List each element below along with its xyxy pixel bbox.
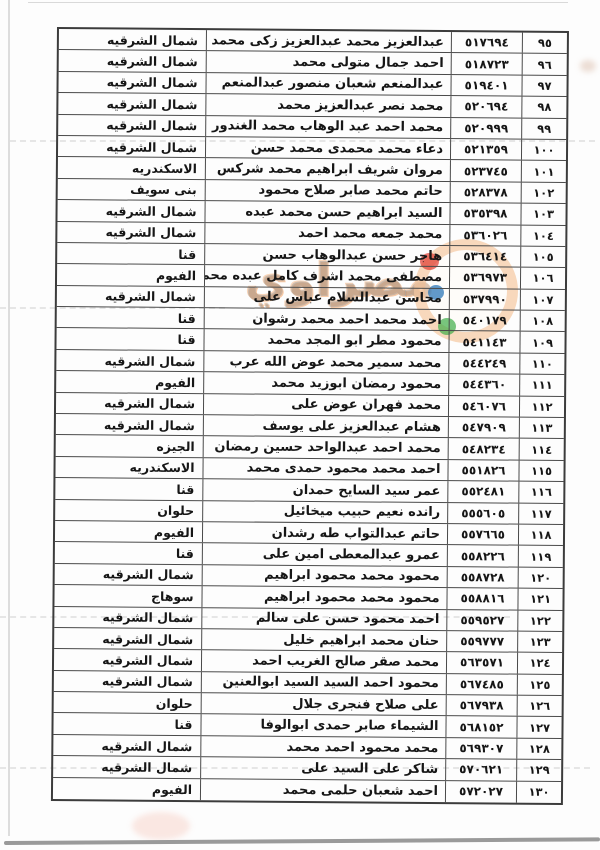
row-serial-number: ١١٠ <box>519 353 564 374</box>
row-full-name: عمرو عبدالمعطى امين على <box>202 543 447 565</box>
page-fold-line <box>8 0 10 836</box>
row-full-name: عبدالمنعم شعبان منصور عبدالمنعم <box>205 73 450 95</box>
row-governorate: شمال الشرقيه <box>59 29 206 51</box>
row-governorate: قنا <box>56 328 203 350</box>
row-full-name: احمد محمد محمود حمدى محمد <box>202 458 447 480</box>
row-serial-number: ١٢٨ <box>516 738 561 759</box>
row-full-name: احمد شعبان حلمى محمد <box>200 779 445 802</box>
row-full-name: هاجر حسن عبدالوهاب حسن <box>204 244 449 266</box>
row-serial-number: ١١٧ <box>518 503 563 524</box>
row-serial-number: ١٠٨ <box>520 311 565 332</box>
row-id-number: ٥١٩٤٠١ <box>450 75 521 96</box>
row-governorate: شمال الشرقيه <box>58 136 205 158</box>
row-id-number: ٥٦٧٤٨٥ <box>446 674 517 695</box>
row-full-name: محمد احمد عبد الوهاب محمد الغندور <box>205 116 450 138</box>
row-full-name: محمد فهران عوض على <box>203 394 448 416</box>
row-full-name: محاسن عبدالسلام عباس على <box>204 287 449 309</box>
row-serial-number: ١١١ <box>519 375 564 396</box>
row-serial-number: ٩٨ <box>521 97 566 118</box>
row-full-name: مروان شريف ابراهيم محمد شركس <box>205 158 450 180</box>
row-id-number: ٥٣٥٣٩٨ <box>449 203 520 224</box>
row-id-number: ٥٤٧٩٠٩ <box>448 417 519 438</box>
row-id-number: ٥٦٧٩٣٨ <box>446 695 517 716</box>
row-full-name: محمد جمعه محمد احمد <box>204 223 449 245</box>
row-governorate: حلوان <box>55 500 202 522</box>
row-governorate: شمال الشرقيه <box>53 756 200 778</box>
row-governorate: شمال الشرقيه <box>54 606 201 628</box>
row-id-number: ٥٣٧٩٩٠ <box>449 289 520 310</box>
row-id-number: ٥٥١٨٢٦ <box>447 460 518 481</box>
row-governorate: شمال الشرقيه <box>57 222 204 244</box>
row-id-number: ٥٧٢٠٢٧ <box>445 781 516 803</box>
row-governorate: الفيوم <box>56 371 203 393</box>
row-serial-number: ١١٥ <box>518 460 563 481</box>
row-governorate: شمال الشرقيه <box>58 93 205 115</box>
row-serial-number: ١٣٠ <box>516 781 561 803</box>
row-serial-number: ١٠٢ <box>521 182 566 203</box>
row-id-number: ٥٤٠١٧٩ <box>449 310 520 331</box>
row-serial-number: ١١٦ <box>518 482 563 503</box>
row-id-number: ٥٧٠٦٢١ <box>445 759 516 780</box>
row-id-number: ٥٥٨٨١٦ <box>446 588 517 609</box>
scan-top-edge-line <box>28 2 568 3</box>
scan-smudge <box>132 812 190 840</box>
row-full-name: محمد نصر عبدالعزيز محمد <box>205 94 450 116</box>
row-id-number: ٥٢٨٣٧٨ <box>450 182 521 203</box>
row-full-name: دعاء محمد محمدى محمد حسن <box>205 137 450 159</box>
row-governorate: قنا <box>53 713 200 735</box>
row-full-name: حنان محمد ابراهيم خليل <box>201 629 446 651</box>
row-serial-number: ١٠٠ <box>521 140 566 161</box>
row-full-name: رانده نعيم حبيب ميخائيل <box>202 501 447 523</box>
row-serial-number: ٩٩ <box>521 118 566 139</box>
row-serial-number: ١١٤ <box>519 439 564 460</box>
row-governorate: شمال الشرقيه <box>56 393 203 415</box>
row-governorate: شمال الشرقيه <box>57 200 204 222</box>
row-full-name: حاتم عبدالتواب طه رشدان <box>202 522 447 544</box>
row-serial-number: ١٢٧ <box>516 717 561 738</box>
row-full-name: محمود مطر ابو المجد محمد <box>203 330 448 352</box>
row-serial-number: ١٠٥ <box>520 247 565 268</box>
row-id-number: ٥٤٨٢٣٤ <box>448 438 519 459</box>
row-id-number: ٥٤٦٠٧٦ <box>448 396 519 417</box>
row-governorate: شمال الشرقيه <box>58 72 205 94</box>
row-full-name: احمد محمد احمد محمد رشوان <box>204 308 449 330</box>
row-governorate: قنا <box>55 478 202 500</box>
row-serial-number: ١١٣ <box>519 418 564 439</box>
page-bottom-edge-shadow <box>4 837 600 845</box>
row-governorate: الفيوم <box>57 264 204 286</box>
row-id-number: ٥١٧٦٩٤ <box>451 32 522 53</box>
row-governorate: شمال الشرقيه <box>54 671 201 693</box>
row-id-number: ٥٣٦٤١٤ <box>449 246 520 267</box>
row-governorate: شمال الشرقيه <box>53 735 200 757</box>
row-id-number: ٥٥٥٦٠٥ <box>447 503 518 524</box>
row-serial-number: ١٠٩ <box>519 332 564 353</box>
row-serial-number: ١١٨ <box>518 525 563 546</box>
row-serial-number: ١٢١ <box>517 589 562 610</box>
row-full-name: محمود محمد محمود ابراهيم <box>201 586 446 608</box>
row-full-name: محمد احمد عبدالواحد حسين رمضان <box>203 437 448 459</box>
row-full-name: شاكر على السيد على <box>200 757 445 779</box>
row-full-name: محمود رمضان ابوزيد محمد <box>203 372 448 394</box>
row-serial-number: ١٢٤ <box>517 653 562 674</box>
scanned-document-page: مصراوي ٩٥ ٥١٧٦٩٤ عبدالعزيز محمد عبدالعزي… <box>0 0 600 850</box>
row-full-name: السيد ابراهيم حسن محمد عبده <box>204 201 449 223</box>
row-governorate: الفيوم <box>55 521 202 543</box>
row-id-number: ٥٢١٣٥٩ <box>450 139 521 160</box>
row-governorate: حلوان <box>54 692 201 714</box>
row-full-name: محمود احمد السيد السيد ابوالعنين <box>201 672 446 694</box>
row-full-name: الشيماء صابر حمدى ابوالوفا <box>200 715 445 737</box>
row-id-number: ٥٢٣٧٤٥ <box>450 160 521 181</box>
row-serial-number: ١٢٩ <box>516 760 561 781</box>
row-governorate: سوهاج <box>54 585 201 607</box>
table-row: ١٣٠ ٥٧٢٠٢٧ احمد شعبان حلمى محمد الفيوم <box>53 778 561 803</box>
row-serial-number: ١٢٣ <box>517 632 562 653</box>
row-id-number: ٥٥٢٤٨١ <box>447 481 518 502</box>
row-serial-number: ١٠٦ <box>520 268 565 289</box>
row-governorate: الاسكندريه <box>58 157 205 179</box>
row-governorate: شمال الشرقيه <box>56 414 203 436</box>
row-id-number: ٥٤٤٣٦٠ <box>448 374 519 395</box>
row-full-name: احمد جمال متولى محمد <box>206 52 451 74</box>
row-id-number: ٥٤١١٤٣ <box>448 332 519 353</box>
row-id-number: ٥٥٩٥٢٧ <box>446 610 517 631</box>
row-full-name: على صلاح فنجرى جلال <box>201 693 446 715</box>
row-governorate: بنى سويف <box>58 179 205 201</box>
row-serial-number: ٩٦ <box>522 54 567 75</box>
row-full-name: محمد صقر صالح الغريب احمد <box>201 650 446 672</box>
row-id-number: ٥٥٨٢٢٦ <box>447 545 518 566</box>
row-full-name: محمد محمود احمد محمد <box>200 736 445 758</box>
row-id-number: ٥٤٤٢٤٩ <box>448 353 519 374</box>
row-id-number: ٥٢٠٦٩٤ <box>450 96 521 117</box>
row-serial-number: ٩٧ <box>521 75 566 96</box>
row-governorate: شمال الشرقيه <box>59 50 206 72</box>
row-serial-number: ١٢٦ <box>517 696 562 717</box>
row-governorate: الاسكندريه <box>55 457 202 479</box>
row-full-name: هشام عبدالعزيز على يوسف <box>203 415 448 437</box>
row-governorate: شمال الشرقيه <box>54 628 201 650</box>
row-serial-number: ١٢٢ <box>517 610 562 631</box>
row-governorate: الجيزه <box>56 435 203 457</box>
row-governorate: الفيوم <box>53 778 200 801</box>
row-full-name: محمود محمد محمود ابراهيم <box>202 565 447 587</box>
row-serial-number: ١١٢ <box>519 396 564 417</box>
row-governorate: شمال الشرقيه <box>55 564 202 586</box>
row-id-number: ٥٥٧٦٦٥ <box>447 524 518 545</box>
row-full-name: مصطفى محمد اشرف كامل عبده محمد <box>204 265 449 287</box>
row-full-name: محمد سمير محمد عوض الله عرب <box>203 351 448 373</box>
row-governorate: قنا <box>55 542 202 564</box>
row-serial-number: ١٠٧ <box>520 289 565 310</box>
row-serial-number: ١٢٠ <box>518 567 563 588</box>
candidates-results-table: ٩٥ ٥١٧٦٩٤ عبدالعزيز محمد عبدالعزيز زكى م… <box>51 27 569 805</box>
row-governorate: شمال الشرقيه <box>58 115 205 137</box>
row-governorate: شمال الشرقيه <box>57 286 204 308</box>
row-id-number: ٥١٨٧٢٣ <box>451 53 522 74</box>
row-serial-number: ٩٥ <box>522 33 567 54</box>
row-full-name: عمر سيد السايح حمدان <box>202 479 447 501</box>
row-full-name: حاتم محمد صابر صلاح محمود <box>205 180 450 202</box>
row-id-number: ٥٦٩٣٠٧ <box>445 738 516 759</box>
row-id-number: ٥٢٠٩٩٩ <box>450 118 521 139</box>
row-serial-number: ١٠٣ <box>520 204 565 225</box>
row-id-number: ٥٣٦٩٧٣ <box>449 267 520 288</box>
row-governorate: شمال الشرقيه <box>54 649 201 671</box>
row-serial-number: ١٢٥ <box>517 674 562 695</box>
row-serial-number: ١١٩ <box>518 546 563 567</box>
row-id-number: ٥٦٨١٥٢ <box>445 717 516 738</box>
scan-smudge <box>580 60 596 72</box>
row-full-name: احمد محمود حسن على سالم <box>201 608 446 630</box>
row-id-number: ٥٥٩٧٧٧ <box>446 631 517 652</box>
row-id-number: ٥٣٦٠٢٦ <box>449 225 520 246</box>
row-serial-number: ١٠١ <box>521 161 566 182</box>
row-governorate: قنا <box>57 243 204 265</box>
row-governorate: شمال الشرقيه <box>56 350 203 372</box>
row-serial-number: ١٠٤ <box>520 225 565 246</box>
row-governorate: قنا <box>57 307 204 329</box>
row-id-number: ٥٦٣٥٧١ <box>446 652 517 673</box>
row-full-name: عبدالعزيز محمد عبدالعزيز زكى محمد <box>206 30 451 52</box>
row-id-number: ٥٥٨٧٢٨ <box>447 567 518 588</box>
